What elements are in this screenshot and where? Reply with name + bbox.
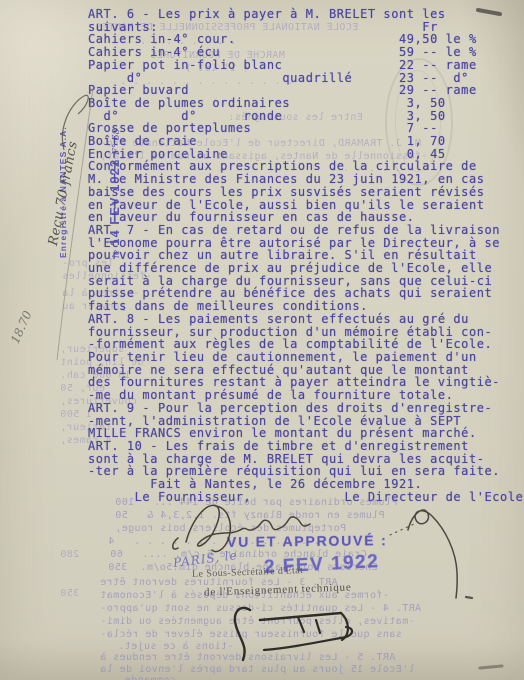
typed-line: ART. 9 - Pour la perception des droits d… bbox=[88, 402, 524, 415]
registration-stamp-dateline: le 14 FEV 1922 F° 68 bbox=[107, 88, 122, 258]
typed-line: Cahiers in-4° écu 59 -- le % bbox=[88, 46, 524, 59]
typed-line: ART. 8 - Les paiements seront effectués … bbox=[88, 313, 524, 326]
typed-line: Papier pot in-folio blanc 22 -- rame bbox=[88, 59, 524, 72]
registration-stamp: Enregistré à NANTES A.A. le 14 FEV 1922 … bbox=[20, 88, 160, 258]
typed-line: ART. 6 - Les prix à payer à M. BRELET so… bbox=[88, 8, 524, 21]
bleedthrough-text: 350 bbox=[60, 588, 79, 599]
scanned-document-page: ECOLE NATIONALE PROFESSIONNELLE DE NANTE… bbox=[0, 0, 524, 680]
bleedthrough-text: ART. 5 - Les livraisons devront être ren… bbox=[100, 652, 395, 663]
typed-line: -me du montant présumé de la fourniture … bbox=[88, 389, 524, 402]
typed-line: Le Fournisseur, Le Directeur de l'Ecole, bbox=[88, 491, 524, 504]
typed-line: ART. 10 - Les frais de timbre et d'enreg… bbox=[88, 440, 524, 453]
bleedthrough-text: -matives, elles pourront être augmentées… bbox=[100, 616, 415, 627]
bleedthrough-text: sans que le fournisseur puisse élever de… bbox=[100, 629, 402, 640]
registration-stamp-le: le bbox=[112, 250, 122, 258]
vu-et-approuve-stamp: VU ET APPROUVÉ : bbox=[227, 532, 388, 550]
bleedthrough-text: 280 bbox=[60, 549, 79, 560]
registration-stamp-folio: F° 68 bbox=[111, 128, 122, 154]
typed-line: Fait à Nantes, le 26 décembre 1921. bbox=[88, 478, 524, 491]
bleedthrough-text: commande. bbox=[118, 675, 176, 680]
bleedthrough-text: Plumes en ronde Blanzy fts. 1,2,3,4 & 50 bbox=[115, 510, 385, 521]
typed-line: Pour tenir lieu de cautionnement, le pai… bbox=[88, 351, 524, 364]
bleedthrough-text: -tions à ce sujet. bbox=[118, 641, 234, 652]
typed-line: une différence de prix au préjudice de l… bbox=[88, 262, 524, 275]
registration-stamp-date: 14 FEV 1922 bbox=[107, 159, 122, 246]
typed-line: MILLE FRANCS environ le montant du prése… bbox=[88, 427, 524, 440]
bleedthrough-text: ART. 4 - Les quantités ci-dessus ne sont… bbox=[100, 603, 421, 614]
bleedthrough-text: l'Ecole 15 jours au plus tard après l'en… bbox=[100, 664, 415, 675]
typed-line: faits dans de meilleures conditions. bbox=[88, 300, 524, 313]
